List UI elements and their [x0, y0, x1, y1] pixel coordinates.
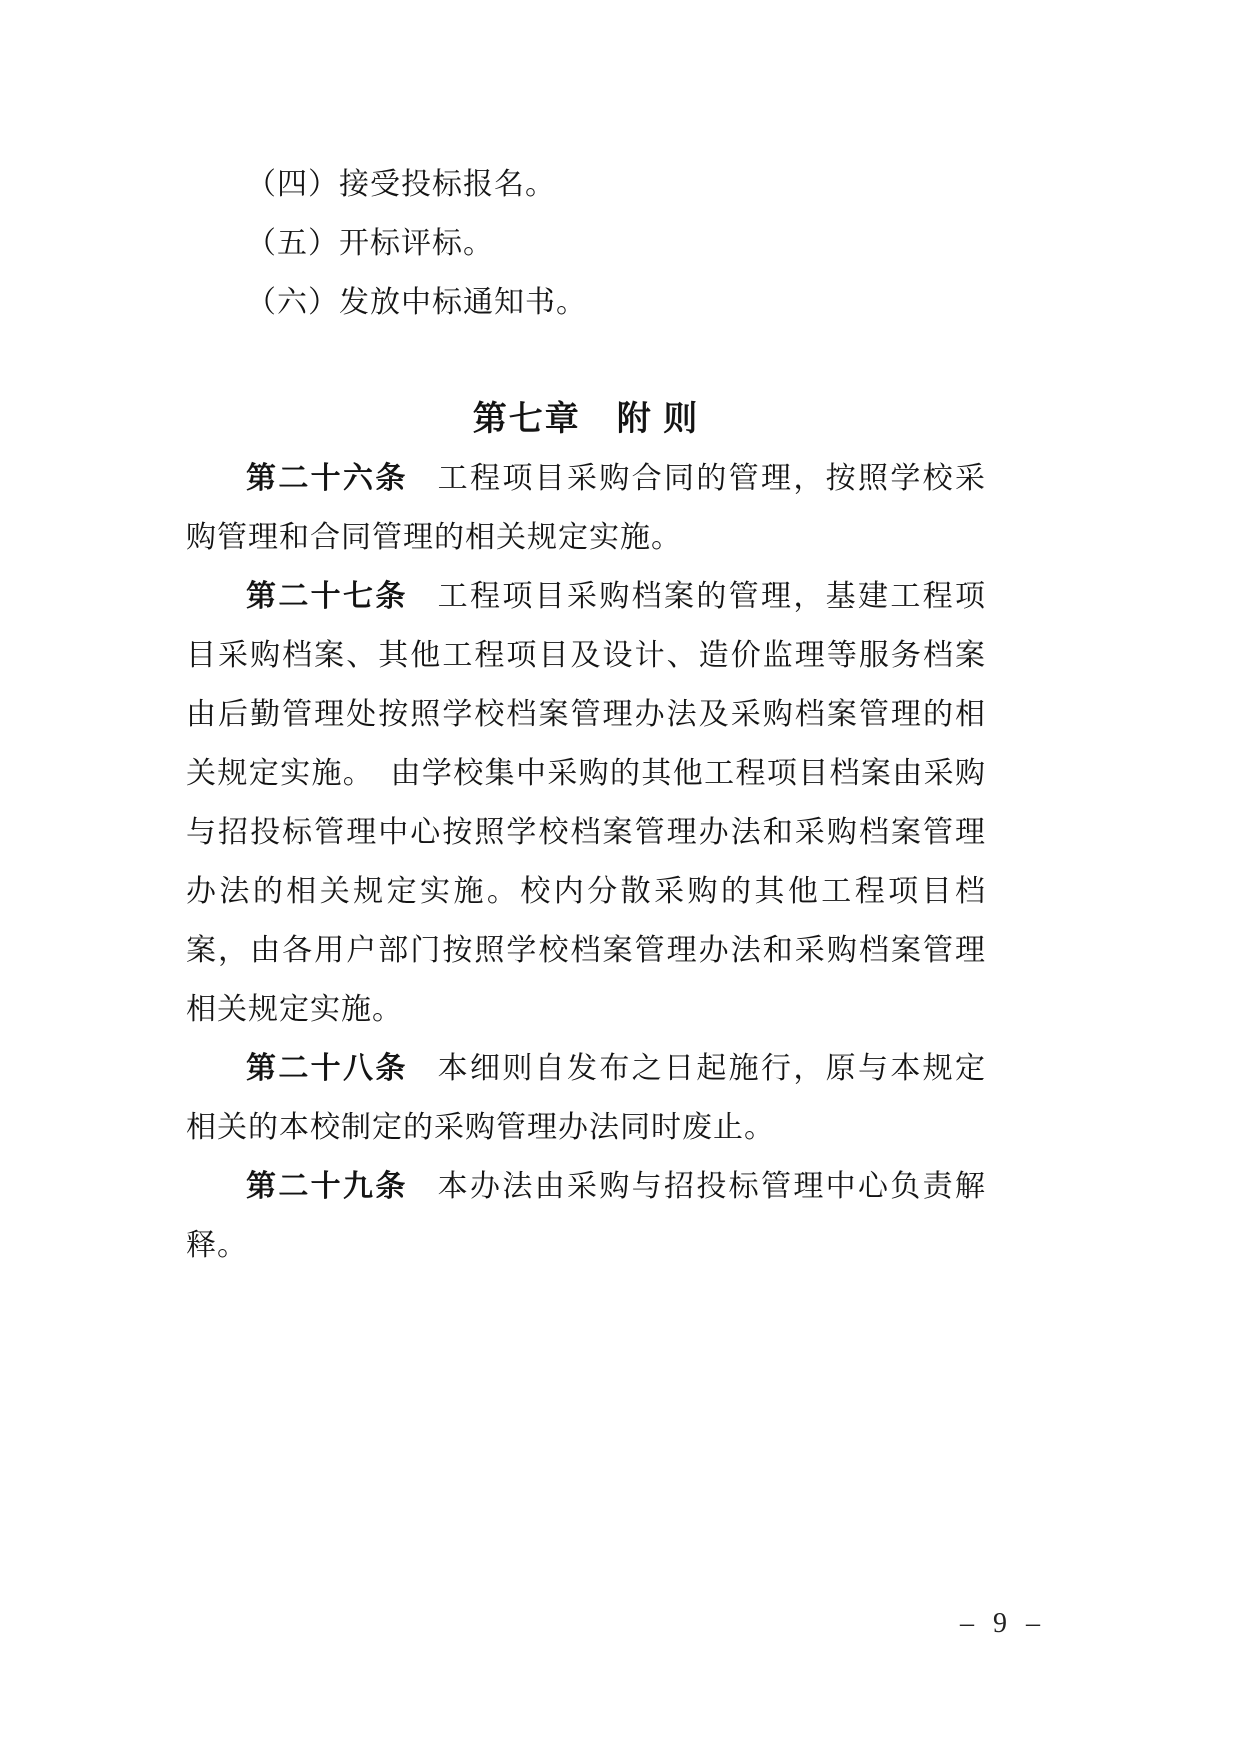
list-item: （四）接受投标报名。 — [186, 155, 986, 214]
article-lead: 第二十九条 — [246, 1170, 408, 1203]
article-paragraph: 第二十八条本细则自发布之日起施行，原与本规定相关的本校制定的采购管理办法同时废止… — [186, 1039, 986, 1157]
article-paragraph: 第二十六条工程项目采购合同的管理，按照学校采购管理和合同管理的相关规定实施。 — [186, 449, 986, 567]
chapter-heading: 第七章 附 则 — [186, 390, 986, 449]
document-page-content: （四）接受投标报名。 （五）开标评标。 （六）发放中标通知书。 第七章 附 则 … — [186, 155, 986, 1275]
article-body: 工程项目采购档案的管理，基建工程项目采购档案、其他工程项目及设计、造价监理等服务… — [186, 580, 986, 1026]
page-number: – 9 – — [960, 1608, 1046, 1640]
list-item: （六）发放中标通知书。 — [186, 273, 986, 332]
article-lead: 第二十七条 — [246, 580, 408, 613]
article-paragraph: 第二十九条本办法由采购与招投标管理中心负责解释。 — [186, 1157, 986, 1275]
article-lead: 第二十六条 — [246, 462, 408, 495]
article-paragraph: 第二十七条工程项目采购档案的管理，基建工程项目采购档案、其他工程项目及设计、造价… — [186, 567, 986, 1039]
article-lead: 第二十八条 — [246, 1052, 408, 1085]
list-item: （五）开标评标。 — [186, 214, 986, 273]
